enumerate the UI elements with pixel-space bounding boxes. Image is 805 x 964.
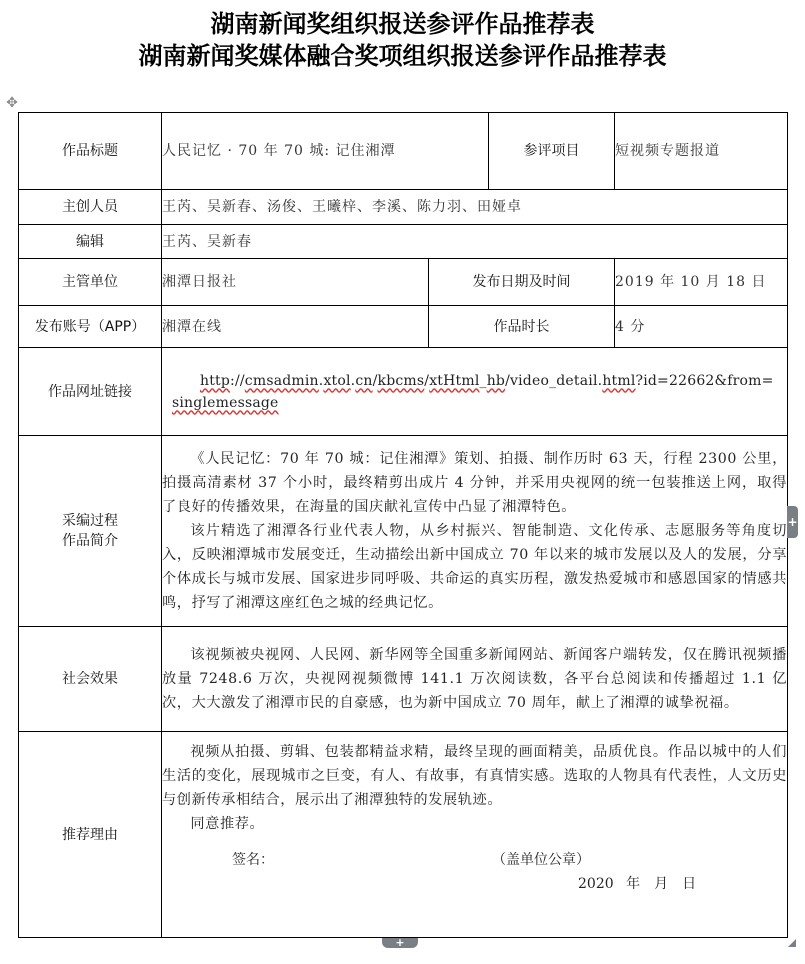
url-label: 作品网址链接 (19, 348, 162, 436)
url-cell[interactable]: http://cmsadmin.xtol.cn/kbcms/xtHtml_hb/… (162, 348, 788, 436)
url-value[interactable]: http://cmsadmin.xtol.cn/kbcms/xtHtml_hb/… (162, 370, 787, 414)
editors-value[interactable]: 王芮、吴新春 (162, 225, 788, 259)
title-line-1: 湖南新闻奖组织报送参评作品推荐表 (0, 8, 805, 40)
recommendation-label: 推荐理由 (19, 732, 162, 938)
recommendation-form-table: 作品标题 人民记忆 · 70 年 70 城: 记住湘潭 参评项目 短视频专题报道… (18, 112, 788, 938)
row-creators: 主创人员 王芮、吴新春、汤俊、王曦梓、李溪、陈力羽、田娅卓 (19, 190, 788, 225)
creators-label: 主创人员 (19, 190, 162, 225)
recommendation-paragraph-2: 同意推荐。 (162, 812, 787, 836)
row-editors: 编辑 王芮、吴新春 (19, 225, 788, 259)
row-url: 作品网址链接 http://cmsadmin.xtol.cn/kbcms/xtH… (19, 348, 788, 436)
signature-block: 签名： （盖单位公章） 2020 年 月 日 (162, 850, 787, 930)
supervisor-label: 主管单位 (19, 259, 162, 306)
table-resize-handle-icon[interactable] (788, 939, 796, 947)
title-line-2: 湖南新闻奖媒体融合奖项组织报送参评作品推荐表 (0, 40, 805, 72)
social-effect-label: 社会效果 (19, 627, 162, 732)
duration-value[interactable]: 4 分 (615, 306, 788, 348)
social-effect-text[interactable]: 该视频被央视网、人民网、新华网等全国重多新闻网站、新闻客户端转发，仅在腾讯视频播… (162, 627, 788, 732)
table-move-handle-icon[interactable]: ✥ (4, 95, 20, 111)
recommendation-text[interactable]: 视频从拍摄、剪辑、包装都精益求精，最终呈现的画面精美，品质优良。作品以城中的人们… (162, 732, 788, 938)
signature-date: 2020 年 月 日 (578, 874, 696, 894)
row-work-title: 作品标题 人民记忆 · 70 年 70 城: 记住湘潭 参评项目 短视频专题报道 (19, 113, 788, 190)
supervisor-value[interactable]: 湘潭日报社 (162, 259, 429, 306)
editors-label: 编辑 (19, 225, 162, 259)
creators-value[interactable]: 王芮、吴新春、汤俊、王曦梓、李溪、陈力羽、田娅卓 (162, 190, 788, 225)
publish-date-value[interactable]: 2019 年 10 月 18 日 (615, 259, 788, 306)
row-intro: 采编过程 作品简介 《人民记忆：70 年 70 城：记住湘潭》策划、拍摄、制作历… (19, 436, 788, 627)
row-publish-account: 发布账号（APP） 湘潭在线 作品时长 4 分 (19, 306, 788, 348)
intro-paragraph-2: 该片精选了湘潭各行业代表人物，从乡村振兴、智能制造、文化传承、志愿服务等角度切入… (162, 519, 787, 615)
duration-label: 作品时长 (429, 306, 615, 348)
work-title-value[interactable]: 人民记忆 · 70 年 70 城: 记住湘潭 (162, 113, 489, 190)
row-social-effect: 社会效果 该视频被央视网、人民网、新华网等全国重多新闻网站、新闻客户端转发，仅在… (19, 627, 788, 732)
intro-label: 采编过程 作品简介 (19, 436, 162, 627)
row-recommendation: 推荐理由 视频从拍摄、剪辑、包装都精益求精，最终呈现的画面精美，品质优良。作品以… (19, 732, 788, 938)
category-value[interactable]: 短视频专题报道 (615, 113, 788, 190)
signature-label: 签名： (232, 850, 274, 870)
row-supervisor: 主管单位 湘潭日报社 发布日期及时间 2019 年 10 月 18 日 (19, 259, 788, 306)
seal-label: （盖单位公章） (492, 850, 590, 870)
publish-account-value[interactable]: 湘潭在线 (162, 306, 429, 348)
intro-paragraph-1: 《人民记忆：70 年 70 城：记住湘潭》策划、拍摄、制作历时 63 天，行程 … (162, 447, 787, 519)
publish-date-label: 发布日期及时间 (429, 259, 615, 306)
recommendation-paragraph-1: 视频从拍摄、剪辑、包装都精益求精，最终呈现的画面精美，品质优良。作品以城中的人们… (162, 740, 787, 812)
document-title: 湖南新闻奖组织报送参评作品推荐表 湖南新闻奖媒体融合奖项组织报送参评作品推荐表 (0, 8, 805, 72)
category-label: 参评项目 (489, 113, 615, 190)
work-title-label: 作品标题 (19, 113, 162, 190)
social-effect-paragraph-1: 该视频被央视网、人民网、新华网等全国重多新闻网站、新闻客户端转发，仅在腾讯视频播… (162, 643, 787, 715)
intro-text[interactable]: 《人民记忆：70 年 70 城：记住湘潭》策划、拍摄、制作历时 63 天，行程 … (162, 436, 788, 627)
add-column-button[interactable]: + (787, 506, 798, 538)
add-row-button[interactable]: + (382, 938, 418, 948)
publish-account-label: 发布账号（APP） (19, 306, 162, 348)
